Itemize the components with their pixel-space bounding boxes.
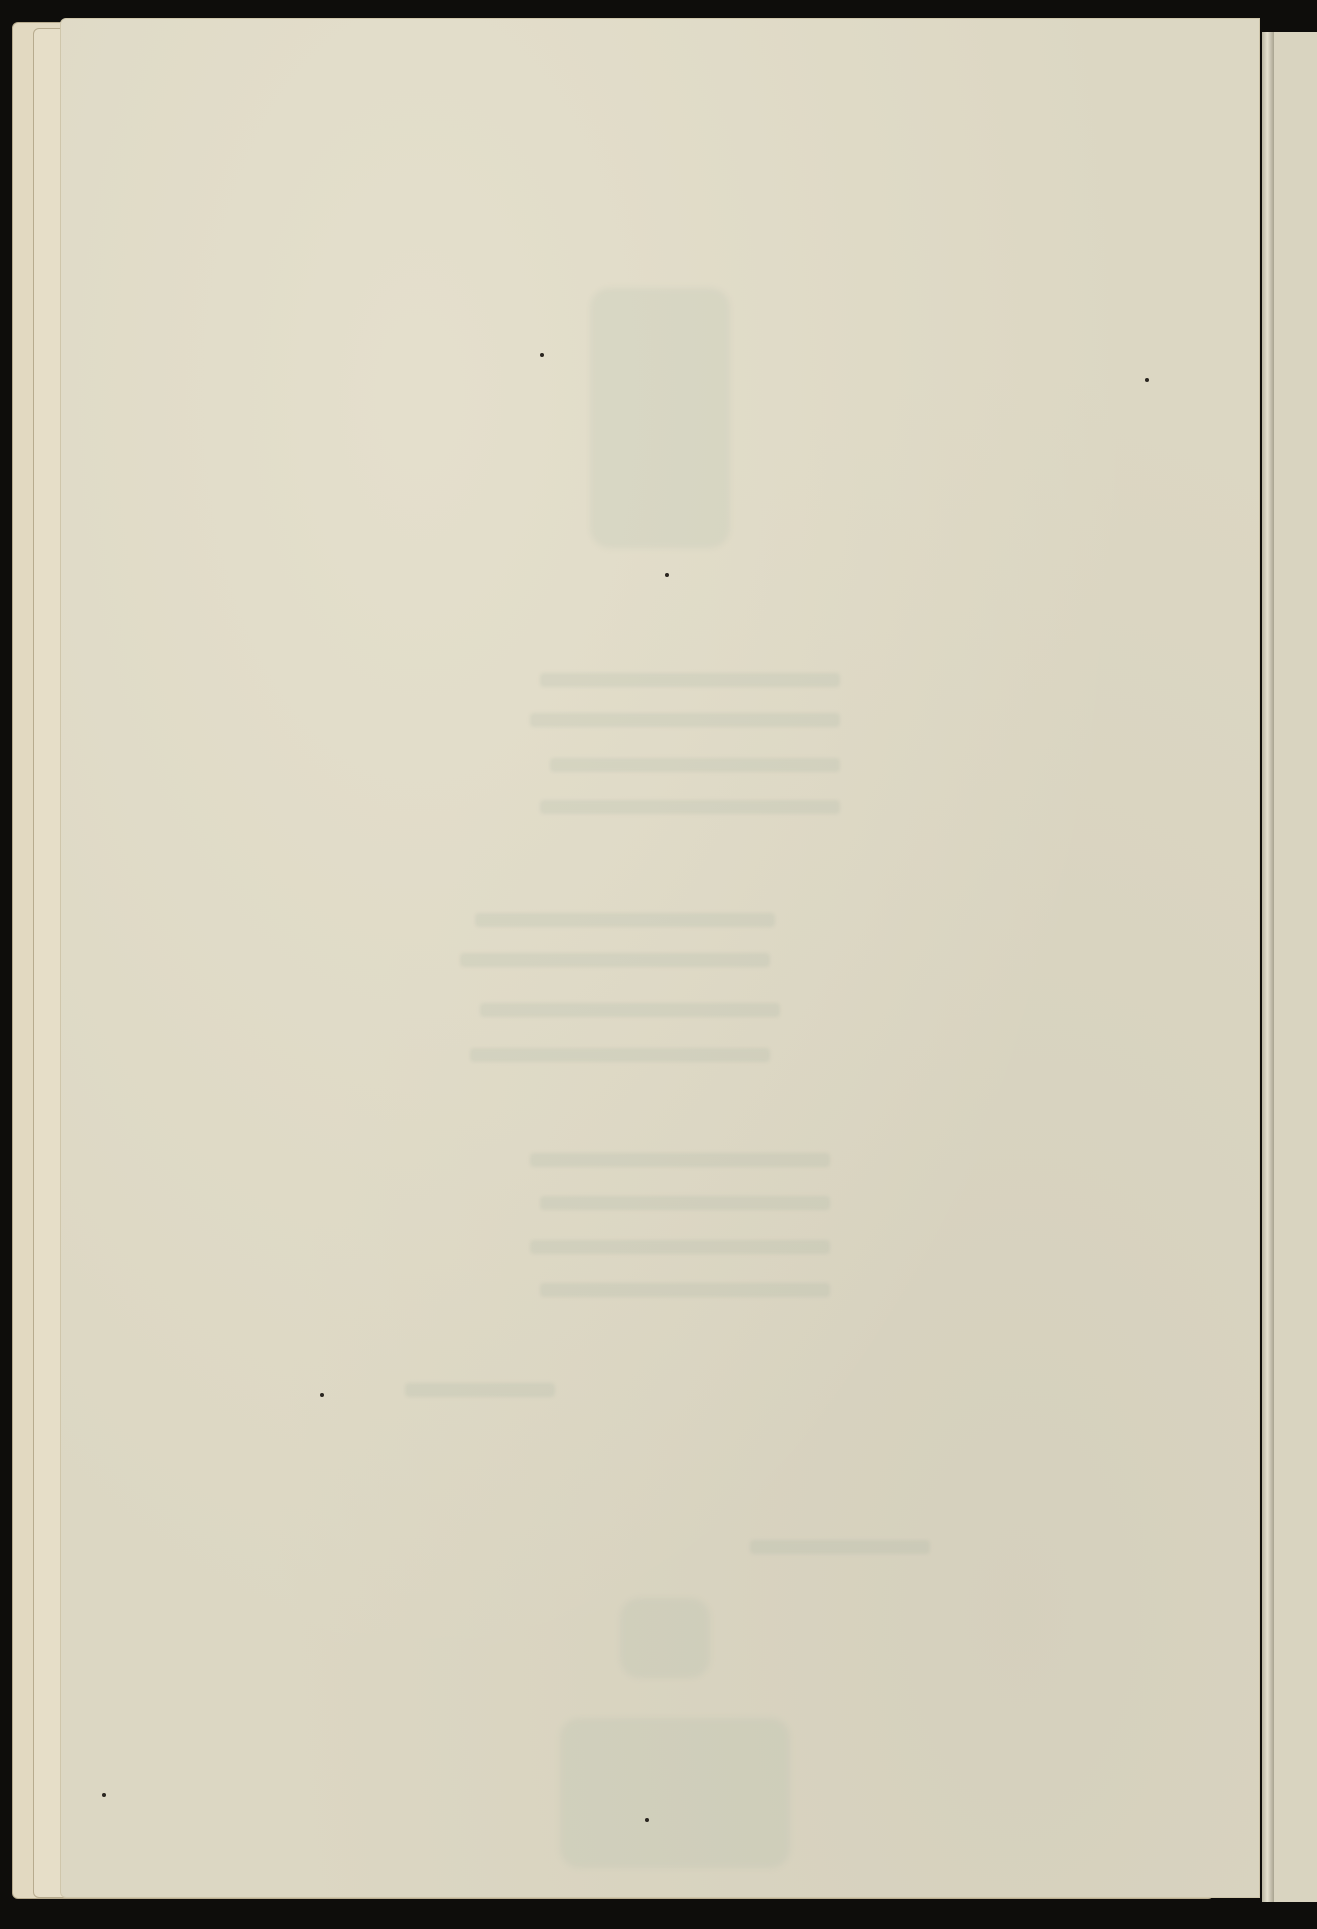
bleed-through-line [540,1283,830,1297]
bleed-through-line [470,1048,770,1062]
bleed-through-signature [405,1383,555,1397]
bleed-through-ornament-bottom [560,1718,790,1868]
facing-page-edge [1274,32,1317,1902]
bleed-through-line [550,758,840,772]
paper-speck [665,573,669,577]
bleed-through-line [460,953,770,967]
bleed-through-line [530,713,840,727]
bleed-through-emblem-top [590,288,730,548]
bleed-through-line [540,1196,830,1210]
paper-speck [320,1393,324,1397]
paper-speck [645,1818,649,1822]
bleed-through-line [530,1153,830,1167]
paper-speck [540,353,544,357]
paper-speck [102,1793,106,1797]
blank-page [60,18,1260,1898]
bleed-through-line [540,673,840,687]
bleed-through-line [540,800,840,814]
bleed-through-emblem-bottom [620,1598,710,1678]
bleed-through-line [475,913,775,927]
bleed-through-line [530,1240,830,1254]
paper-speck [1145,378,1149,382]
bleed-through-date [750,1540,930,1554]
binding-gutter [1262,32,1274,1902]
bleed-through-line [480,1003,780,1017]
